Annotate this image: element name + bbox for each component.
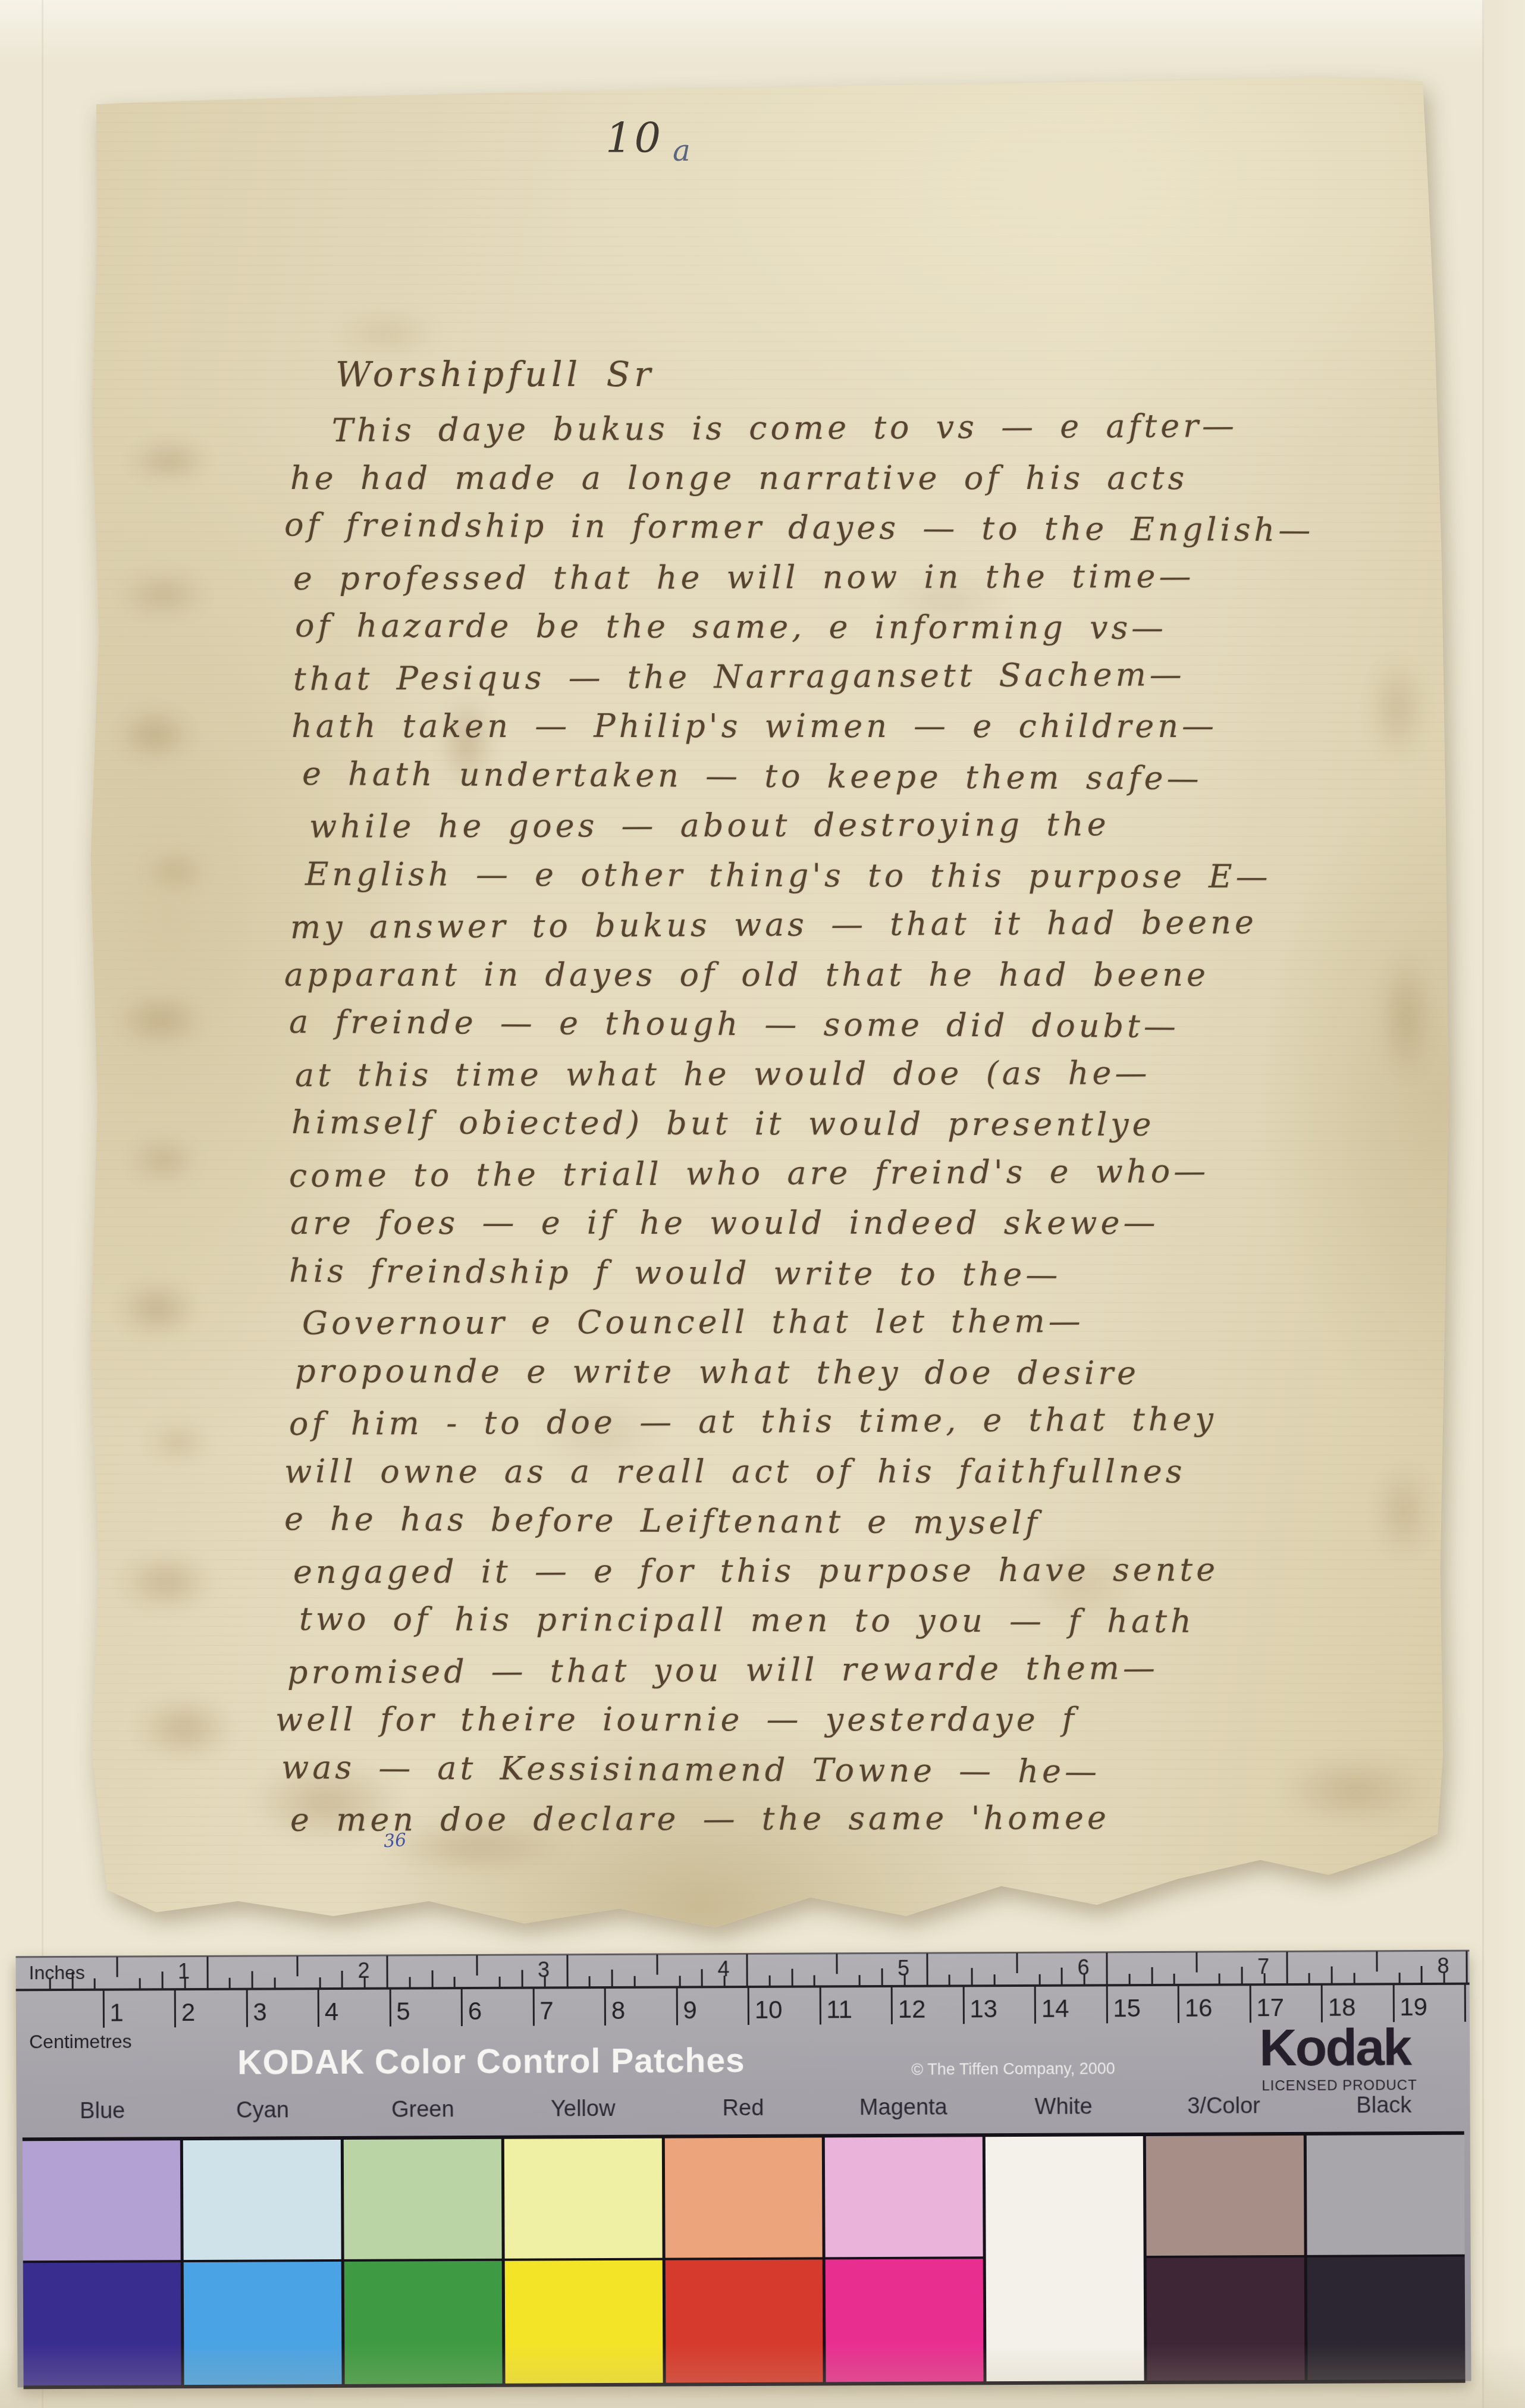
patch-top-black <box>1307 2135 1465 2255</box>
patch-label-yellow: Yellow <box>503 2096 663 2123</box>
inch-tick <box>454 1977 456 1987</box>
manuscript-line: are foes — e if he would indeed skewe— <box>290 1204 1159 1241</box>
cm-number: 15 <box>1113 1994 1141 2023</box>
manuscript-line: himself obiected) but it would presently… <box>291 1103 1155 1143</box>
manuscript-paper: 10a Worshipfull SrThis daye bukus is com… <box>88 74 1451 1942</box>
inch-tick <box>814 1975 815 1985</box>
cm-number: 10 <box>755 1996 783 2024</box>
manuscript-line: e hath undertaken — to keepe them safe— <box>302 755 1203 797</box>
inch-tick <box>296 1956 298 1976</box>
ink-bleed-stain <box>119 571 208 619</box>
kodak-color-control-strip: Inches 12345678 123456789101112131415161… <box>15 1950 1471 2388</box>
photographed-manuscript-scan: 10a Worshipfull SrThis daye bukus is com… <box>0 0 1525 2408</box>
manuscript-line: of freindship in former dayes — to the E… <box>284 506 1314 548</box>
ink-bleed-stain <box>119 1553 214 1612</box>
inch-tick <box>1398 1973 1400 1983</box>
cm-number: 14 <box>1041 1995 1069 2023</box>
inch-tick <box>566 1955 568 1986</box>
strip-top-edge <box>15 1950 1469 1958</box>
inch-tick <box>161 1971 163 1988</box>
patch-label-green: Green <box>343 2097 503 2124</box>
inch-tick <box>139 1978 141 1988</box>
ink-bleed-stain <box>1279 1755 1433 1826</box>
inch-tick <box>252 1971 253 1988</box>
inch-tick <box>1421 1966 1423 1983</box>
patch-top-yellow <box>504 2139 662 2259</box>
inch-tick <box>1061 1968 1063 1984</box>
patch-top-3-color <box>1146 2136 1304 2256</box>
cm-number: 7 <box>539 1996 554 2025</box>
inch-tick <box>71 1972 73 1989</box>
inch-tick <box>1241 1967 1242 1983</box>
manuscript-line: well for theire iournie — yesterdaye f <box>275 1701 1078 1738</box>
cm-tick <box>1464 1985 1466 2022</box>
inch-tick <box>409 1977 410 1987</box>
patch-labels-row: BlueCyanGreenYellowRedMagentaWhite3/Colo… <box>22 2093 1464 2125</box>
cm-number: 8 <box>611 1996 626 2025</box>
ruler-separator-line <box>16 1983 1470 1992</box>
patch-label-magenta: Magenta <box>823 2095 984 2121</box>
inch-tick <box>746 1954 748 1986</box>
inch-tick <box>476 1955 478 1976</box>
inch-number: 2 <box>357 1958 369 1983</box>
inch-tick <box>881 1968 883 1985</box>
cm-number: 3 <box>253 1998 267 2026</box>
centimetres-ruler-label: Centimetres <box>29 2030 132 2053</box>
ink-bleed-stain <box>116 993 205 1047</box>
manuscript-line: that Pesiqus — the Narragansett Sachem— <box>293 656 1185 698</box>
manuscript-line: e professed that he will now in the time… <box>293 557 1195 597</box>
page-number-suffix: a <box>673 133 691 168</box>
manuscript-line: This daye bukus is come to vs — e after— <box>332 407 1238 449</box>
inch-tick <box>949 1974 950 1984</box>
cm-tick <box>962 1987 964 2024</box>
manuscript-line: will owne as a reall act of his faithful… <box>284 1453 1186 1490</box>
inch-tick <box>1106 1952 1107 1984</box>
patch-top-red <box>664 2137 823 2257</box>
manuscript-line: his freindship f would write to the— <box>289 1252 1062 1293</box>
inch-number: 5 <box>898 1956 909 1981</box>
inch-tick <box>1016 1953 1018 1973</box>
manuscript-line: of him - to doe — at this time, e that t… <box>289 1400 1217 1443</box>
ink-bleed-stain <box>128 440 211 482</box>
cm-number: 11 <box>826 1995 852 2024</box>
licensed-product-label: LICENSED PRODUCT <box>1262 2077 1417 2095</box>
cm-tick <box>1178 1986 1179 2023</box>
inch-tick <box>1128 1974 1130 1984</box>
cm-tick <box>318 1990 319 2027</box>
inch-number: 4 <box>717 1956 729 1981</box>
manuscript-line: was — at Kessisinamend Towne — he— <box>281 1748 1100 1790</box>
cm-tick <box>748 1988 749 2025</box>
cm-tick <box>1034 1987 1036 2024</box>
ink-bleed-stain <box>134 1695 235 1761</box>
page-number: 10 <box>605 114 663 162</box>
inch-tick <box>589 1976 591 1986</box>
inch-tick <box>499 1977 501 1987</box>
manuscript-line: English — e other thing's to this purpos… <box>305 855 1272 895</box>
ink-bleed-stain <box>116 1279 199 1338</box>
ink-bleed-stain <box>116 708 193 761</box>
manuscript-line: e men doe declare — the same 'homee <box>290 1799 1110 1839</box>
inch-tick <box>1309 1973 1310 1983</box>
cm-number: 5 <box>396 1997 410 2026</box>
inch-tick <box>431 1970 433 1987</box>
manuscript-line: propounde e write what they doe desire <box>295 1352 1140 1392</box>
cm-tick <box>604 1989 606 2026</box>
cm-tick <box>819 1987 821 2024</box>
inch-tick <box>791 1969 793 1986</box>
ink-bleed-stain <box>1380 952 1433 1083</box>
backdrop-right-seam <box>1482 0 1484 2408</box>
inch-tick <box>679 1976 680 1986</box>
inch-tick <box>926 1954 928 1985</box>
inch-tick <box>768 1976 770 1986</box>
manuscript-line: a freinde — e though — some did doubt— <box>289 1003 1179 1045</box>
cm-tick <box>1106 1986 1107 2023</box>
cm-tick <box>389 1990 391 2027</box>
ink-bleed-stain <box>146 1422 211 1463</box>
manuscript-page: 10a Worshipfull SrThis daye bukus is com… <box>88 74 1451 1942</box>
manuscript-line: Governour e Councell that let them— <box>302 1302 1084 1341</box>
manuscript-line: engaged it — e for this purpose have sen… <box>293 1550 1219 1590</box>
inch-tick <box>701 1969 703 1986</box>
patch-top-green <box>344 2139 502 2259</box>
patch-label-cyan: Cyan <box>183 2097 343 2124</box>
inch-tick <box>1286 1952 1288 1983</box>
manuscript-line: promised — that you will rewarde them— <box>287 1649 1159 1691</box>
inch-tick <box>656 1955 658 1975</box>
cm-tick <box>1249 1986 1251 2023</box>
manuscript-line: come to the triall who are freind's e wh… <box>289 1152 1210 1194</box>
cm-tick <box>102 1991 104 2028</box>
inch-number: 6 <box>1077 1955 1089 1980</box>
backdrop-bottom-shade <box>0 2344 1525 2408</box>
inch-tick <box>319 1977 321 1987</box>
inch-tick <box>229 1978 231 1988</box>
cm-number: 4 <box>325 1998 339 2026</box>
archival-folio-note: 36 <box>383 1830 407 1852</box>
inch-tick <box>206 1956 208 1988</box>
backdrop-right-panel <box>1484 0 1525 2408</box>
inch-number: 3 <box>538 1957 550 1982</box>
page-heading: 10a <box>605 114 681 162</box>
manuscript-line: of hazarde be the same, e informing vs— <box>295 607 1167 647</box>
manuscript-line: two of his principall men to you — f hat… <box>299 1600 1195 1640</box>
inch-tick <box>117 1957 118 1977</box>
cm-number: 9 <box>683 1996 697 2024</box>
kodak-title: KODAK Color Control Patches <box>237 2041 745 2083</box>
inch-tick <box>1376 1951 1377 1971</box>
manuscript-line: hath taken — Philip's wimen — e children… <box>291 707 1218 745</box>
inch-tick <box>1219 1973 1220 1983</box>
patch-label-3-color: 3/Color <box>1144 2093 1304 2120</box>
cm-number: 12 <box>898 1995 926 2024</box>
manuscript-line: at this time what he would doe (as he— <box>295 1054 1151 1094</box>
manuscript-salutation: Worshipfull Sr <box>335 354 655 394</box>
inch-tick <box>341 1971 343 1987</box>
patch-label-red: Red <box>663 2095 824 2122</box>
ink-bleed-stain <box>1374 1463 1433 1559</box>
inch-number: 1 <box>178 1959 190 1984</box>
cm-number: 16 <box>1185 1994 1213 2023</box>
cm-tick <box>532 1989 534 2026</box>
ink-bleed-stain <box>333 309 440 357</box>
inch-tick <box>859 1975 861 1985</box>
cm-tick <box>246 1990 247 2027</box>
inch-tick <box>386 1956 388 1987</box>
cm-tick <box>174 1990 176 2027</box>
manuscript-line: apparant in dayes of old that he had bee… <box>284 956 1209 993</box>
inch-tick <box>274 1977 276 1987</box>
inch-tick <box>1466 1951 1467 1983</box>
inch-number: 7 <box>1257 1954 1269 1979</box>
inch-tick <box>1196 1952 1198 1973</box>
ink-bleed-stain <box>1368 654 1427 761</box>
inch-tick <box>1331 1967 1333 1983</box>
patch-label-white: White <box>983 2094 1144 2121</box>
inch-tick <box>1038 1974 1040 1984</box>
ink-bleed-stain <box>143 851 208 892</box>
inch-tick <box>836 1954 838 1974</box>
manuscript-line: he had made a longe narrative of his act… <box>290 459 1188 497</box>
inch-tick <box>634 1976 636 1986</box>
cm-number: 2 <box>181 1998 196 2027</box>
inch-tick <box>994 1974 996 1984</box>
patch-label-blue: Blue <box>22 2098 183 2125</box>
inch-number: 8 <box>1437 1954 1449 1979</box>
inch-tick <box>1354 1973 1355 1983</box>
inch-tick <box>94 1979 96 1989</box>
cm-tick <box>676 1988 677 2025</box>
inch-tick <box>1151 1967 1153 1984</box>
ink-bleed-stain <box>128 1136 199 1184</box>
inch-tick <box>611 1970 613 1986</box>
inches-ruler-label: Inches <box>29 1962 84 1984</box>
backdrop-light-band <box>0 0 1525 65</box>
inch-tick <box>49 1979 51 1989</box>
patch-top-magenta <box>825 2137 983 2257</box>
inch-tick <box>971 1968 973 1984</box>
patch-label-black: Black <box>1304 2093 1464 2119</box>
manuscript-line: my answer to bukus was — that it had bee… <box>290 904 1257 946</box>
manuscript-line: while he goes — about destroying the <box>309 805 1110 845</box>
cm-number: 6 <box>468 1997 482 2026</box>
tiffen-copyright: © The Tiffen Company, 2000 <box>911 2059 1115 2078</box>
patch-top-cyan <box>183 2140 341 2260</box>
cm-tick <box>461 1989 463 2026</box>
inch-tick <box>1173 1974 1175 1984</box>
cm-number: 1 <box>109 1999 124 2027</box>
patch-top-blue <box>23 2140 181 2260</box>
manuscript-line: e he has before Leiftenant e myself <box>284 1500 1041 1542</box>
cm-tick <box>891 1987 893 2024</box>
kodak-logo: Kodak <box>1259 2017 1410 2078</box>
cm-number: 13 <box>969 1995 997 2023</box>
inch-tick <box>521 1970 523 1987</box>
